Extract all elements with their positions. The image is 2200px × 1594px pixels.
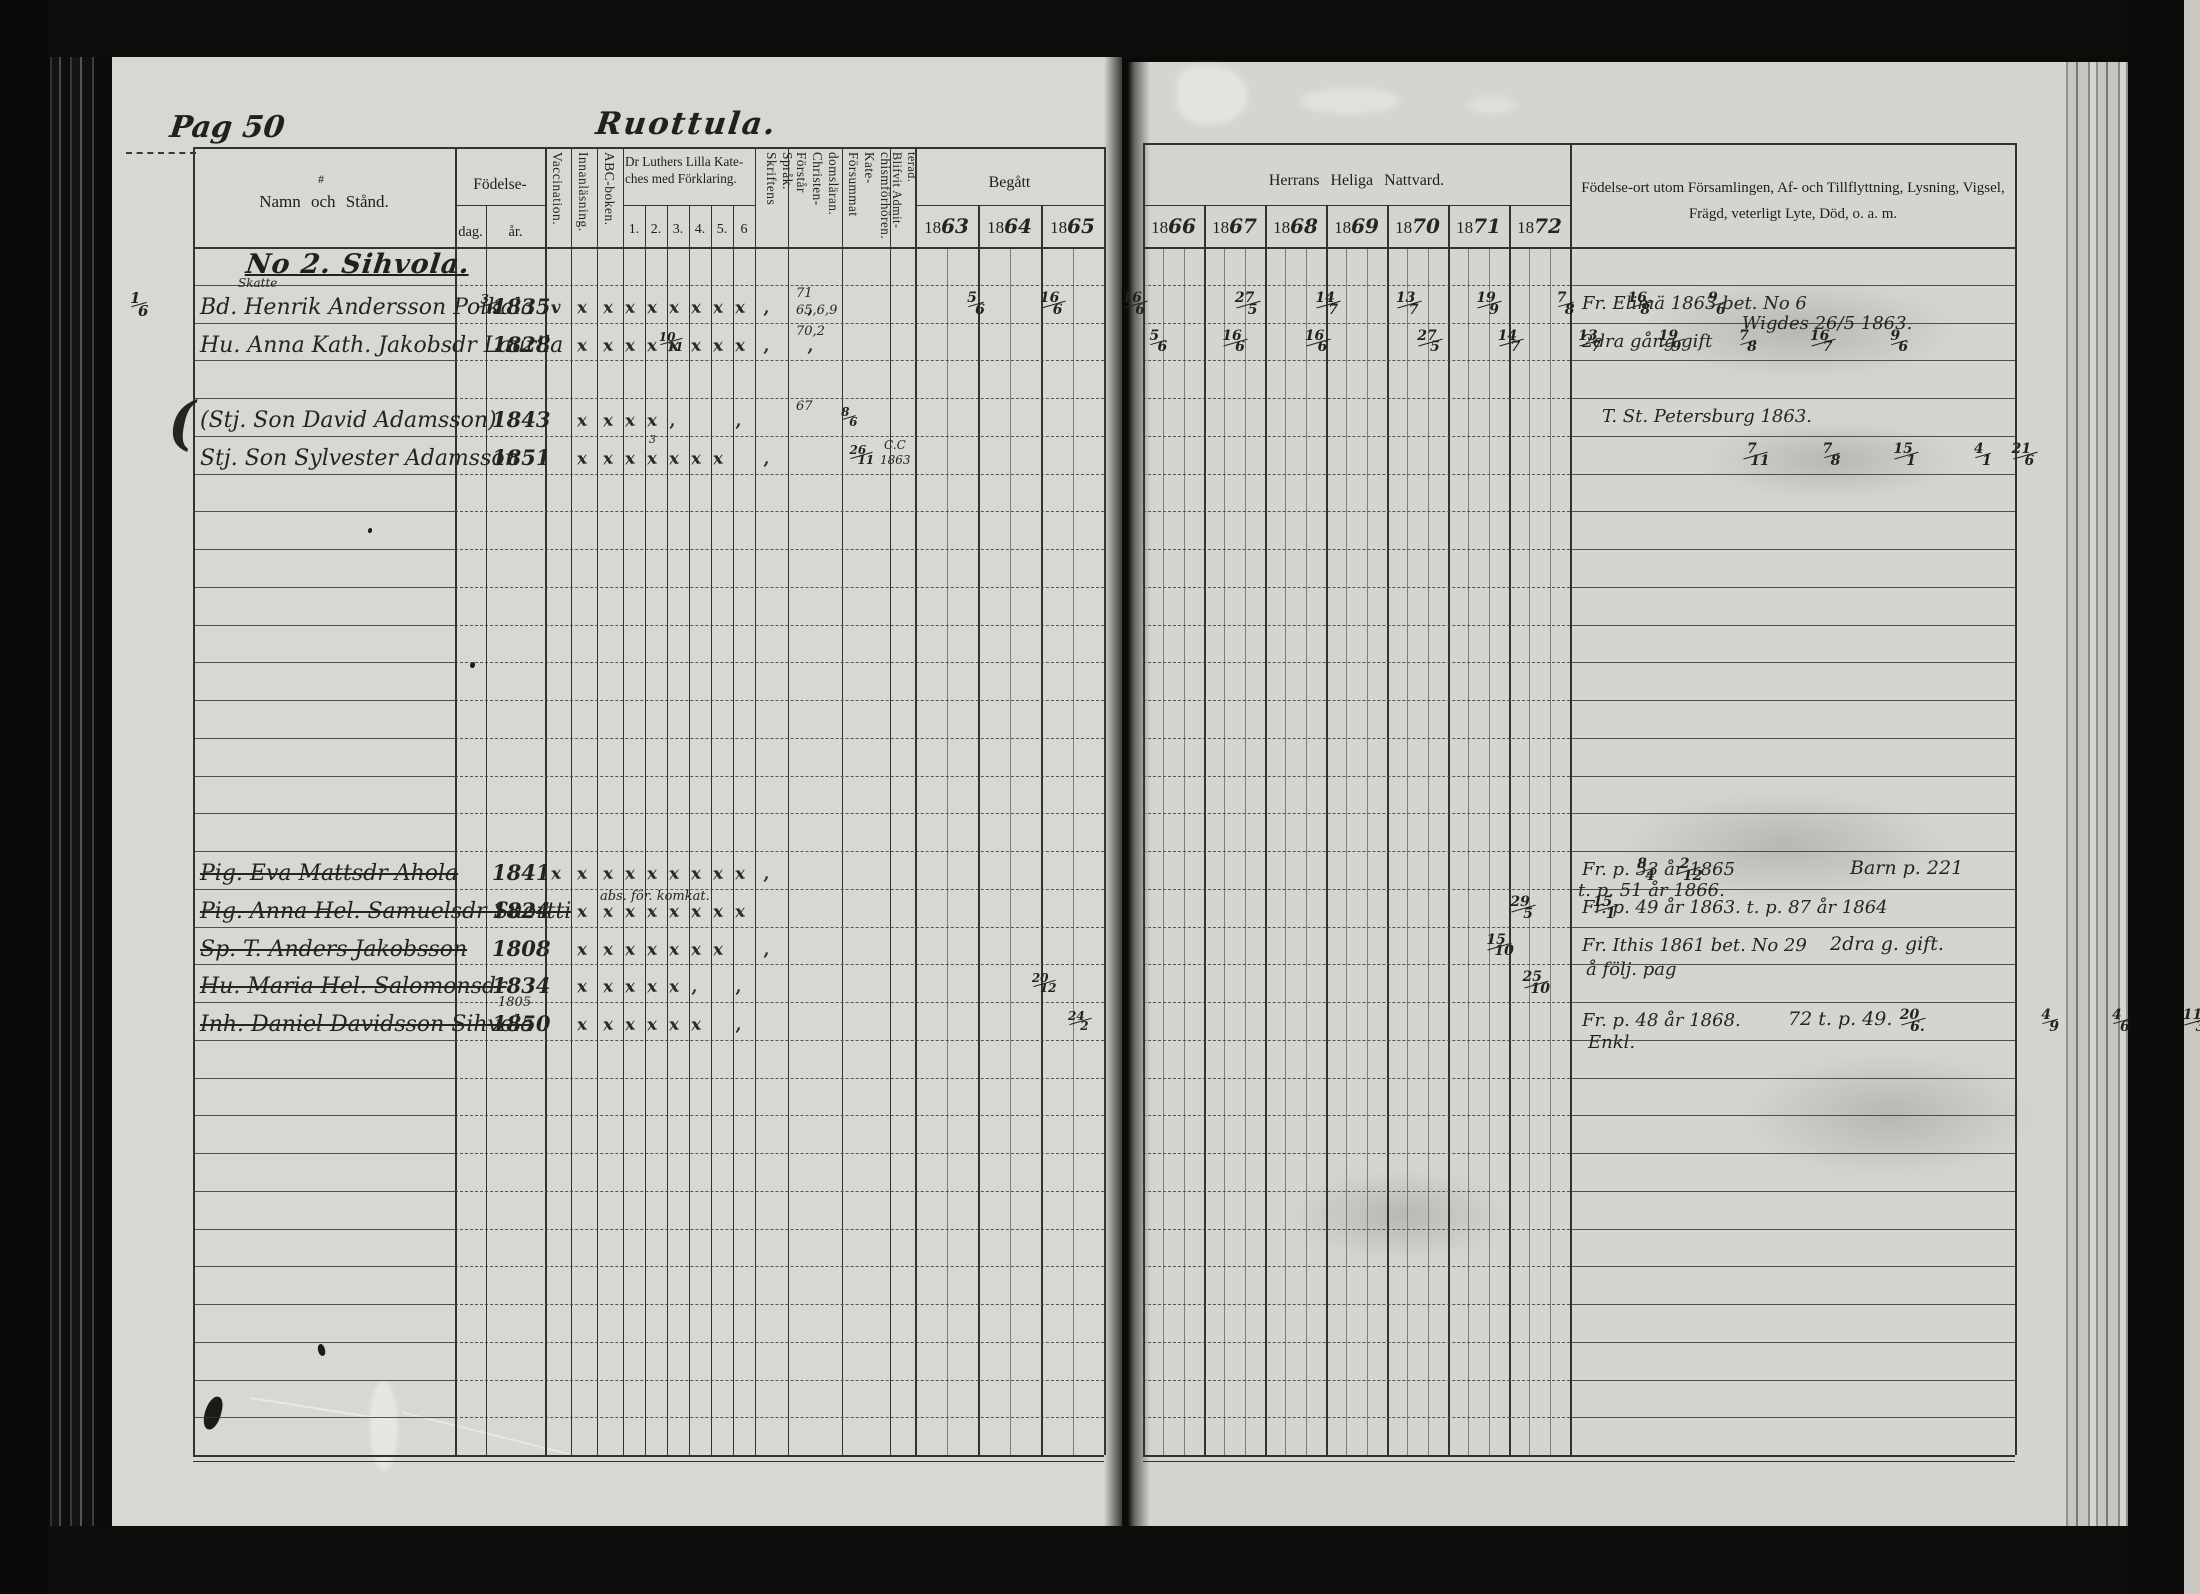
row-line-data-left: [455, 1304, 1104, 1305]
year-handwritten: 71: [1473, 214, 1501, 238]
kateches-col-number: 4.: [689, 222, 711, 238]
row-line-data-right: [1143, 1266, 1570, 1267]
birth-year: 1824: [492, 900, 550, 921]
ability-mark: x: [624, 335, 636, 356]
year-handwritten: 69: [1351, 214, 1379, 238]
date-month: 12: [1040, 983, 1057, 993]
ability-mark: x: [576, 1015, 588, 1036]
begatt-year-1863: 1863: [913, 216, 981, 238]
grid-vline: [890, 147, 891, 1455]
row-line-notes-col: [1570, 700, 2015, 701]
row-line-notes-col: [1570, 738, 2015, 739]
row-line-name-col: [193, 889, 455, 890]
year-printed: 18: [1151, 218, 1168, 237]
row-line-name-col: [193, 1229, 455, 1230]
grid-vline: [597, 147, 598, 1455]
row-line-data-left: [455, 776, 1104, 777]
date-month: 6.: [1910, 1022, 1925, 1034]
notes-header-line1: Födelse-ort utom Församlingen, Af- och T…: [1581, 180, 2004, 196]
begatt-date-1864: 295: [1514, 897, 1533, 921]
row-line-notes-col: [1570, 927, 2015, 928]
row-line-notes-col: [1570, 1115, 2015, 1116]
page-number-label: Pag 50: [168, 110, 287, 145]
header-bottom-rule: [1143, 247, 2015, 249]
column-header-fodelse: Födelse-: [455, 176, 545, 194]
begatt-year-1865: 1865: [1039, 216, 1107, 238]
ability-mark: x: [602, 335, 614, 356]
grid-vline: [1041, 205, 1043, 1455]
row-line-name-col: [193, 1266, 455, 1267]
date-month: 6: [1898, 342, 1908, 354]
record-note: Fr. Ithis 1861 bet. No 29: [1582, 937, 1807, 955]
margin-bracket: (: [168, 394, 195, 452]
record-note: Fr. p. 48 år 1868.: [1582, 1012, 1741, 1030]
row-line-notes-col: [1570, 549, 2015, 550]
row-line-name-col: [193, 323, 455, 324]
date-day: 11: [2183, 1010, 2200, 1022]
row-line-name-col: [193, 587, 455, 588]
row-line-data-left: [455, 1078, 1104, 1079]
date-month: 7: [1409, 305, 1419, 317]
date-month: 11: [1750, 456, 1769, 468]
forsummat-line1: Försummat Kate-: [846, 152, 877, 217]
row-line-data-right: [1143, 1115, 1570, 1116]
row-line-data-right: [1143, 587, 1570, 588]
row-line-notes-col: [1570, 1229, 2015, 1230]
row-line-name-col: [193, 662, 455, 663]
page-number-underline: [126, 152, 196, 154]
ability-mark: x: [646, 1015, 658, 1036]
margin-note-fraction: 1 6: [134, 292, 144, 318]
grid-vline: [689, 205, 690, 1455]
row-line-notes-col: [1570, 1304, 2015, 1305]
date-day: 5: [967, 293, 977, 305]
person-name-annotation: Skatte: [238, 277, 277, 289]
row-line-data-left: [455, 436, 1104, 437]
row-line-name-col: [193, 1115, 455, 1116]
row-line-notes-col: [1570, 285, 2015, 286]
nattvard-year-1869: 1869: [1323, 216, 1391, 238]
row-line-name-col: [193, 1304, 455, 1305]
ability-mark: x: [624, 448, 636, 469]
nattvard-date-1872: 96: [1894, 331, 1904, 355]
row-line-data-right: [1143, 398, 1570, 399]
date-month: 7: [1823, 342, 1833, 354]
date-day: 14: [1315, 293, 1334, 305]
row-line-data-right: [1143, 1153, 1570, 1154]
date-month: 5: [1430, 342, 1440, 354]
grid-vline: [1104, 147, 1106, 1455]
grid-vline: [1448, 205, 1450, 1455]
column-header-nattvard: Herrans Heliga Nattvard.: [1143, 172, 1570, 190]
nattvard-year-1870: 1870: [1384, 216, 1452, 238]
row-line-notes-col: [1570, 1342, 2015, 1343]
nattvard-date-1871: 46: [2116, 1010, 2126, 1034]
ability-mark: x: [624, 901, 636, 922]
scanner-bed-strip: [2184, 0, 2200, 1594]
row-line-data-right: [1143, 549, 1570, 550]
row-line-data-left: [455, 1153, 1104, 1154]
year-handwritten: 65: [1067, 214, 1095, 238]
date-month: 7: [1328, 305, 1338, 317]
date-day: 4: [2112, 1010, 2122, 1022]
grid-vline: [1265, 205, 1267, 1455]
forstar-line1: Förstår Christen-: [794, 152, 825, 206]
row-line-name-col: [193, 1191, 455, 1192]
row-line-data-right: [1143, 889, 1570, 890]
grid-vline: [486, 205, 487, 1455]
date-month: 6: [849, 417, 857, 427]
row-line-data-left: [455, 700, 1104, 701]
row-line-data-right: [1143, 700, 1570, 701]
year-handwritten: 68: [1290, 214, 1318, 238]
understanding-note: 70,2: [796, 325, 825, 338]
record-note-right: 72 t. p. 49.: [1788, 1010, 1892, 1029]
ability-mark: x: [668, 448, 680, 469]
table-top-rule: [1143, 143, 2015, 145]
date-month: 6: [1053, 305, 1063, 317]
birth-year: 1834: [492, 975, 550, 996]
date-month: 2: [1080, 1021, 1088, 1031]
kateches-col-number: 3.: [667, 222, 689, 238]
record-note-secondary: Enkl.: [1588, 1034, 1635, 1052]
year-printed: 18: [987, 218, 1004, 237]
grid-vline: [978, 205, 980, 1455]
date-day: 16: [1222, 331, 1241, 343]
ability-mark: x: [602, 297, 614, 318]
date-day: 4: [2041, 1010, 2051, 1022]
row-line-name-col: [193, 700, 455, 701]
row-line-name-col: [193, 625, 455, 626]
ability-mark: x: [734, 864, 746, 885]
admitted-year: 1863: [880, 454, 911, 466]
ability-mark: x: [646, 335, 658, 356]
ability-mark: x: [668, 901, 680, 922]
nattvard-date-1870: 78: [1561, 293, 1571, 317]
crumple-mark-1: [1176, 66, 1248, 124]
year-printed: 18: [1212, 218, 1229, 237]
row-line-data-right: [1143, 511, 1570, 512]
birth-year: 1843: [492, 409, 550, 430]
ability-mark: x: [734, 297, 746, 318]
row-line-data-right: [1143, 323, 1570, 324]
row-line-data-left: [455, 285, 1104, 286]
begatt-year-1864: 1864: [976, 216, 1044, 238]
row-line-data-left: [455, 1191, 1104, 1192]
nattvard-date-1868: 137: [1400, 293, 1419, 317]
scanned-church-record-spread: { "page_label": "Pag 50", "title": "Ruot…: [0, 0, 2200, 1594]
birth-year: 1828: [492, 334, 550, 355]
date-day: 19: [1476, 293, 1495, 305]
begatt-date-1863: 56: [971, 293, 981, 317]
row-line-name-col: [193, 776, 455, 777]
ability-mark: x: [646, 448, 658, 469]
row-line-data-left: [455, 813, 1104, 814]
person-name: Stj. Son Sylvester Adamsson: [200, 448, 519, 470]
ability-mark: x: [646, 901, 658, 922]
ability-mark: x: [550, 864, 562, 885]
bleedthrough-ghost-5: [1290, 1170, 1510, 1260]
row-line-data-left: [455, 927, 1104, 928]
grid-vline: [1387, 205, 1389, 1455]
grid-vline: [788, 147, 789, 1455]
row-line-name-col: [193, 398, 455, 399]
forstar-line2: domsläran.: [826, 152, 841, 215]
ability-mark: x: [576, 864, 588, 885]
column-header-innanlasning: Innanläsning.: [575, 152, 591, 246]
begatt-date-1865: 166: [1126, 293, 1145, 317]
kateches-line1: Dr Luthers Lilla Kate-: [625, 154, 743, 169]
birth-year: 1851: [492, 447, 550, 468]
date-month: 11: [857, 455, 874, 465]
year-handwritten: 72: [1534, 214, 1562, 238]
row-line-data-left: [455, 1380, 1104, 1381]
date-month: 8: [1565, 305, 1575, 317]
row-line-data-left: [455, 964, 1104, 965]
nattvard-date-1866: 275: [1239, 293, 1258, 317]
nattvard-date-1872: 113: [2187, 1010, 2200, 1034]
row-line-data-left: [455, 1002, 1104, 1003]
year-printed: 18: [1334, 218, 1351, 237]
birth-year: 1835: [492, 296, 550, 317]
column-header-notes: Födelse-ort utom Församlingen, Af- och T…: [1578, 176, 2008, 227]
date-month: 6: [975, 305, 985, 317]
year-printed: 18: [924, 218, 941, 237]
row-line-data-right: [1143, 474, 1570, 475]
column-header-ar: år.: [486, 224, 545, 241]
kateches-col-number: 6: [733, 222, 755, 238]
household-heading: No 2. Sihvola.: [244, 249, 472, 280]
row-line-name-col: [193, 964, 455, 965]
ability-mark: x: [690, 448, 702, 469]
date-month: 1: [1982, 456, 1992, 468]
date-month: 7: [1511, 342, 1521, 354]
nattvard-year-1866: 1866: [1140, 216, 1208, 238]
ability-mark: x: [576, 448, 588, 469]
ability-mark: x: [602, 864, 614, 885]
record-note: Fr. Elimä 1863 bet. No 6: [1582, 295, 1807, 313]
ability-mark: x: [668, 335, 680, 356]
date-day: 27: [1235, 293, 1254, 305]
row-line-data-left: [455, 398, 1104, 399]
row-line-name-col: [193, 851, 455, 852]
person-name: Sp. T. Anders Jakobsson: [200, 939, 467, 961]
grid-hline: [1143, 205, 1570, 206]
ability-mark: x: [734, 901, 746, 922]
understanding-note: 67: [796, 400, 813, 413]
ability-mark: x: [602, 939, 614, 960]
begatt-date-1865: 166: [1309, 331, 1328, 355]
begatt-date-1863: 2510: [1527, 972, 1546, 996]
date-day: 24: [1068, 1011, 1085, 1021]
row-line-notes-col: [1570, 662, 2015, 663]
ability-mark: x: [646, 297, 658, 318]
row-line-data-left: [455, 360, 1104, 361]
begatt-date-1863: 56: [1153, 331, 1163, 355]
nattvard-date-1868: 206.: [1904, 1010, 1923, 1034]
column-header-forstar: Förstår Christen- domsläran.: [793, 152, 841, 246]
ability-mark: x: [690, 939, 702, 960]
row-line-data-right: [1143, 964, 1570, 965]
row-line-data-right: [1143, 1040, 1570, 1041]
row-line-notes-col: [1570, 813, 2015, 814]
admitted-note: C.C: [884, 439, 906, 451]
grid-vline: [755, 147, 756, 1455]
grid-vline: [1143, 143, 1145, 1455]
grid-hline: [915, 205, 1104, 206]
nattvard-date-1871: 151: [1897, 444, 1916, 468]
row-line-data-right: [1143, 662, 1570, 663]
row-line-data-left: [455, 1342, 1104, 1343]
record-note: 2dra gång gift: [1582, 333, 1712, 351]
row-line-name-col: [193, 436, 455, 437]
grid-vline: [711, 205, 712, 1455]
crumple-mark-2: [1300, 88, 1400, 114]
ability-mark: x: [712, 864, 724, 885]
row-line-data-right: [1143, 851, 1570, 852]
nattvard-date-1867: 147: [1502, 331, 1521, 355]
row-line-data-left: [455, 1417, 1104, 1418]
scan-top-bar: [0, 0, 2200, 57]
year-printed: 18: [1456, 218, 1473, 237]
row-line-data-right: [1143, 1342, 1570, 1343]
begatt-date-1863: 1510: [1490, 935, 1509, 959]
year-handwritten: 66: [1168, 214, 1196, 238]
row-line-notes-col: [1570, 776, 2015, 777]
ability-mark: x: [690, 297, 702, 318]
blifvit-line1: Blifvit Admit-: [890, 152, 904, 228]
grid-vline: [1509, 205, 1511, 1455]
row-line-notes-col: [1570, 1153, 2015, 1154]
row-line-notes-col: [1570, 1078, 2015, 1079]
kateches-line2: ches med Förklaring.: [625, 171, 737, 186]
ability-mark: x: [690, 1015, 702, 1036]
nattvard-date-1866: 275: [1421, 331, 1440, 355]
scan-left-bar: [0, 0, 48, 1594]
table-bottom-rule: [1143, 1455, 2015, 1457]
kateches-col-number: 2.: [645, 222, 667, 238]
person-name: (Stj. Son David Adamsson): [200, 410, 497, 432]
row-line-notes-col: [1570, 436, 2015, 437]
person-name: Pig. Eva Mattsdr Ahola: [200, 863, 458, 885]
date-day: 27: [1417, 331, 1436, 343]
row-line-notes-col: [1570, 1040, 2015, 1041]
row-line-name-col: [193, 813, 455, 814]
understanding-note: 71: [796, 287, 813, 300]
ability-mark: x: [712, 901, 724, 922]
ability-mark: x: [734, 335, 746, 356]
date-day: 16: [1122, 293, 1141, 305]
ability-mark: x: [602, 411, 614, 432]
row-line-name-col: [193, 1380, 455, 1381]
year-handwritten: 63: [941, 214, 969, 238]
birth-day-fraction: 242: [1072, 1011, 1089, 1031]
ability-mark: x: [576, 977, 588, 998]
ability-mark: x: [624, 411, 636, 432]
grid-vline: [645, 205, 646, 1455]
margin-note-denominator: 6: [138, 305, 148, 318]
year-printed: 18: [1050, 218, 1067, 237]
row-line-data-right: [1143, 436, 1570, 437]
ability-mark: x: [624, 864, 636, 885]
row-line-data-left: [455, 738, 1104, 739]
column-header-name: Namn och Stånd.: [193, 192, 455, 212]
ability-mark: x: [576, 297, 588, 318]
row-line-notes-col: [1570, 1002, 2015, 1003]
row-line-data-right: [1143, 1229, 1570, 1230]
row-line-data-right: [1143, 1417, 1570, 1418]
grid-vline: [2015, 143, 2017, 1455]
date-month: 6: [2025, 456, 2035, 468]
row-line-data-left: [455, 889, 1104, 890]
column-header-vaccination: Vaccination.: [549, 152, 565, 246]
row-line-name-col: [193, 1002, 455, 1003]
ability-mark: x: [646, 977, 658, 998]
ability-mark: x: [712, 448, 724, 469]
ability-mark: x: [602, 448, 614, 469]
row-line-name-col: [193, 511, 455, 512]
row-line-data-right: [1143, 776, 1570, 777]
record-note: T. St. Petersburg 1863.: [1602, 408, 1812, 426]
year-printed: 18: [1273, 218, 1290, 237]
date-month: 5: [1248, 305, 1258, 317]
date-day: 16: [1040, 293, 1059, 305]
date-month: 6: [1135, 305, 1145, 317]
nattvard-date-1870: 78: [1827, 444, 1837, 468]
ability-mark: v: [550, 297, 562, 318]
birth-year: 1808: [492, 938, 550, 959]
person-name: Hu. Maria Hel. Salomonsdr: [200, 976, 507, 998]
column-header-kateches: Dr Luthers Lilla Kate- ches med Förklari…: [625, 154, 755, 187]
date-day: 21: [2012, 444, 2031, 456]
ability-mark: x: [668, 1015, 680, 1036]
nattvard-year-1871: 1871: [1445, 216, 1513, 238]
row-line-data-right: [1143, 625, 1570, 626]
row-line-data-right: [1143, 1191, 1570, 1192]
date-day: 16: [1810, 331, 1829, 343]
grid-vline: [1204, 205, 1206, 1455]
row-line-data-left: [455, 662, 1104, 663]
birth-day-fraction: 2012: [1036, 973, 1053, 993]
record-note-right: Barn p. 221: [1850, 859, 1963, 878]
nattvard-date-1870: 49: [2045, 1010, 2055, 1034]
ability-mark: x: [576, 411, 588, 432]
date-month: 3: [2196, 1022, 2200, 1034]
grid-vline: [915, 147, 917, 1455]
nattvard-year-1867: 1867: [1201, 216, 1269, 238]
ability-mark: x: [690, 901, 702, 922]
row-line-data-right: [1143, 1304, 1570, 1305]
nattvard-date-1872: 41: [1978, 444, 1988, 468]
ability-mark: x: [576, 939, 588, 960]
row-line-data-right: [1143, 1002, 1570, 1003]
row-line-data-left: [455, 511, 1104, 512]
column-header-begatt: Begått: [915, 174, 1104, 192]
ability-mark: x: [576, 335, 588, 356]
table-top-rule: [193, 147, 1104, 149]
row-line-data-left: [455, 1115, 1104, 1116]
date-month: 10: [1494, 946, 1513, 958]
ability-mark: x: [602, 1015, 614, 1036]
record-note: Fr. p. 49 år 1863. t. p. 87 år 1864: [1582, 899, 1888, 917]
nattvard-date-1867: 147: [1319, 293, 1338, 317]
nattvard-date-1871: 167: [1814, 331, 1833, 355]
row-line-notes-col: [1570, 1380, 2015, 1381]
ability-mark: x: [624, 977, 636, 998]
row-line-name-col: [193, 360, 455, 361]
ability-mark: x: [668, 864, 680, 885]
record-note-right: 2dra g. gift.: [1830, 935, 1944, 954]
